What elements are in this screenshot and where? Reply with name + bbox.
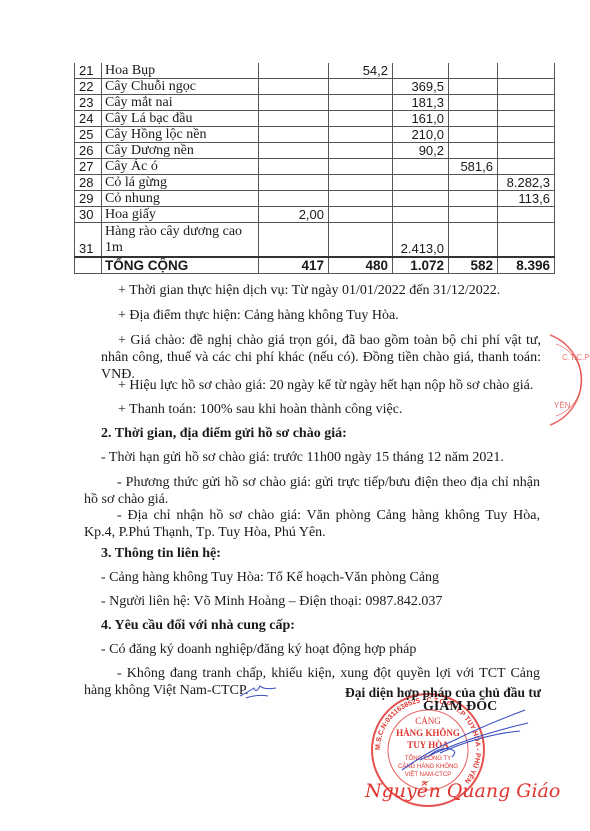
cell-c2 xyxy=(329,223,393,258)
cell-no: 25 xyxy=(75,127,102,143)
price-terms: + Giá chào: đề nghị chào giá trọn gói, đ… xyxy=(101,332,541,383)
cell-name: Hàng rào cây dương cao 1m xyxy=(102,223,259,258)
cell-c2 xyxy=(329,127,393,143)
table-row: 27Cây Ác ó581,6 xyxy=(75,159,555,175)
plant-quantity-table: 21Hoa Bụp54,222Cây Chuỗi ngọc369,523Cây … xyxy=(74,63,555,274)
table-row: 29Cỏ nhung113,6 xyxy=(75,191,555,207)
cell-c1 xyxy=(259,223,329,258)
contact-person: - Người liên hệ: Võ Minh Hoàng – Điện th… xyxy=(101,594,442,610)
cell-no: 28 xyxy=(75,175,102,191)
cell-c5: 8.282,3 xyxy=(498,175,555,191)
cell-c1 xyxy=(259,191,329,207)
cell-c4 xyxy=(449,223,498,258)
cell-c5: 113,6 xyxy=(498,191,555,207)
cell-c1 xyxy=(259,127,329,143)
cell-no: 26 xyxy=(75,143,102,159)
total-row: TỔNG CỘNG4174801.0725828.396 xyxy=(75,257,555,274)
contact-org: - Cảng hàng không Tuy Hòa: Tổ Kế hoạch-V… xyxy=(101,570,439,586)
document-page: 21Hoa Bụp54,222Cây Chuỗi ngọc369,523Cây … xyxy=(0,0,590,831)
svg-text:C.T.C.P: C.T.C.P xyxy=(562,353,590,362)
signatory-name: Nguyễn Quang Giáo xyxy=(365,780,560,802)
page-edge-seal-icon: C.T.C.P YÊN xyxy=(540,330,590,430)
quote-validity: + Hiệu lực hồ sơ chào giá: 20 ngày kể từ… xyxy=(118,378,533,394)
table-row: 28Cỏ lá gừng8.282,3 xyxy=(75,175,555,191)
table-row: 23Cây mắt nai181,3 xyxy=(75,95,555,111)
cell-c2 xyxy=(329,95,393,111)
submission-address: - Địa chỉ nhận hồ sơ chào giá: Văn phòng… xyxy=(84,507,540,541)
cell-no: 31 xyxy=(75,223,102,258)
initials-signature-icon xyxy=(238,680,278,700)
cell-no: 30 xyxy=(75,207,102,223)
cell-c1 xyxy=(259,111,329,127)
cell-name: Cây Ác ó xyxy=(102,159,259,175)
cell-c2 xyxy=(329,207,393,223)
cell-c1: 2,00 xyxy=(259,207,329,223)
cell-no: 23 xyxy=(75,95,102,111)
cell-c3 xyxy=(393,191,449,207)
cell-c1 xyxy=(259,63,329,79)
cell-c5 xyxy=(498,95,555,111)
cell-name: Cây Hồng lộc nền xyxy=(102,127,259,143)
cell-c2 xyxy=(329,191,393,207)
cell-c2 xyxy=(329,159,393,175)
cell-no: 24 xyxy=(75,111,102,127)
cell-c4 xyxy=(449,111,498,127)
cell-c3 xyxy=(393,63,449,79)
cell-c2 xyxy=(329,111,393,127)
cell-no: 22 xyxy=(75,79,102,95)
table-row: 22Cây Chuỗi ngọc369,5 xyxy=(75,79,555,95)
cell-c2 xyxy=(329,175,393,191)
total-c3: 1.072 xyxy=(393,257,449,274)
cell-c3 xyxy=(393,207,449,223)
cell-c5 xyxy=(498,159,555,175)
cell-c3 xyxy=(393,159,449,175)
cell-c1 xyxy=(259,175,329,191)
cell-c4 xyxy=(449,207,498,223)
cell-name: Cỏ lá gừng xyxy=(102,175,259,191)
cell-c3: 181,3 xyxy=(393,95,449,111)
cell-c4 xyxy=(449,175,498,191)
cell-c4 xyxy=(449,63,498,79)
submission-method: - Phương thức gửi hồ sơ chào giá: gửi tr… xyxy=(84,474,540,508)
cell-c3 xyxy=(393,175,449,191)
cell-name: Cây Chuỗi ngọc xyxy=(102,79,259,95)
cell-c3: 2.413,0 xyxy=(393,223,449,258)
total-c5: 8.396 xyxy=(498,257,555,274)
cell-c5 xyxy=(498,111,555,127)
cell-c3: 210,0 xyxy=(393,127,449,143)
submission-deadline: - Thời hạn gửi hồ sơ chào giá: trước 11h… xyxy=(101,450,504,466)
handwritten-signature-icon xyxy=(400,705,530,775)
cell-c5 xyxy=(498,63,555,79)
section-2-heading: 2. Thời gian, địa điểm gửi hồ sơ chào gi… xyxy=(101,426,347,442)
table-row: 31Hàng rào cây dương cao 1m2.413,0 xyxy=(75,223,555,258)
cell-no: 21 xyxy=(75,63,102,79)
total-c2: 480 xyxy=(329,257,393,274)
cell-no: 29 xyxy=(75,191,102,207)
section-3-heading: 3. Thông tin liên hệ: xyxy=(101,546,221,562)
cell-c4 xyxy=(449,191,498,207)
total-label: TỔNG CỘNG xyxy=(102,257,259,274)
cell-no: 27 xyxy=(75,159,102,175)
cell-name: Hoa Bụp xyxy=(102,63,259,79)
cell-c2: 54,2 xyxy=(329,63,393,79)
section-4-heading: 4. Yêu cầu đối với nhà cung cấp: xyxy=(101,618,295,634)
cell-c5 xyxy=(498,143,555,159)
service-place: + Địa điểm thực hiện: Cảng hàng không Tu… xyxy=(118,308,399,324)
cell-c1 xyxy=(259,79,329,95)
cell-c3: 90,2 xyxy=(393,143,449,159)
payment-terms: + Thanh toán: 100% sau khi hoàn thành cô… xyxy=(118,402,402,418)
table-row: 30Hoa giấy2,00 xyxy=(75,207,555,223)
cell-name: Cây mắt nai xyxy=(102,95,259,111)
cell-c2 xyxy=(329,79,393,95)
total-c1: 417 xyxy=(259,257,329,274)
cell-c4 xyxy=(449,95,498,111)
requirement-1: - Có đăng ký doanh nghiệp/đăng ký hoạt đ… xyxy=(101,642,416,658)
total-blank xyxy=(75,257,102,274)
cell-name: Cây Dương nền xyxy=(102,143,259,159)
table-row: 25Cây Hồng lộc nền210,0 xyxy=(75,127,555,143)
cell-c4 xyxy=(449,143,498,159)
table-row: 24Cây Lá bạc đầu161,0 xyxy=(75,111,555,127)
cell-name: Hoa giấy xyxy=(102,207,259,223)
cell-c3: 369,5 xyxy=(393,79,449,95)
svg-text:YÊN: YÊN xyxy=(554,401,571,410)
cell-c5 xyxy=(498,79,555,95)
cell-c2 xyxy=(329,143,393,159)
cell-name: Cỏ nhung xyxy=(102,191,259,207)
cell-c1 xyxy=(259,95,329,111)
cell-c4 xyxy=(449,79,498,95)
cell-c5 xyxy=(498,223,555,258)
cell-c1 xyxy=(259,159,329,175)
cell-c4 xyxy=(449,127,498,143)
cell-c3: 161,0 xyxy=(393,111,449,127)
cell-c5 xyxy=(498,207,555,223)
cell-name: Cây Lá bạc đầu xyxy=(102,111,259,127)
cell-c5 xyxy=(498,127,555,143)
total-c4: 582 xyxy=(449,257,498,274)
table-row: 26Cây Dương nền90,2 xyxy=(75,143,555,159)
service-time: + Thời gian thực hiện dịch vụ: Từ ngày 0… xyxy=(118,283,500,299)
cell-c1 xyxy=(259,143,329,159)
cell-c4: 581,6 xyxy=(449,159,498,175)
table-row: 21Hoa Bụp54,2 xyxy=(75,63,555,79)
